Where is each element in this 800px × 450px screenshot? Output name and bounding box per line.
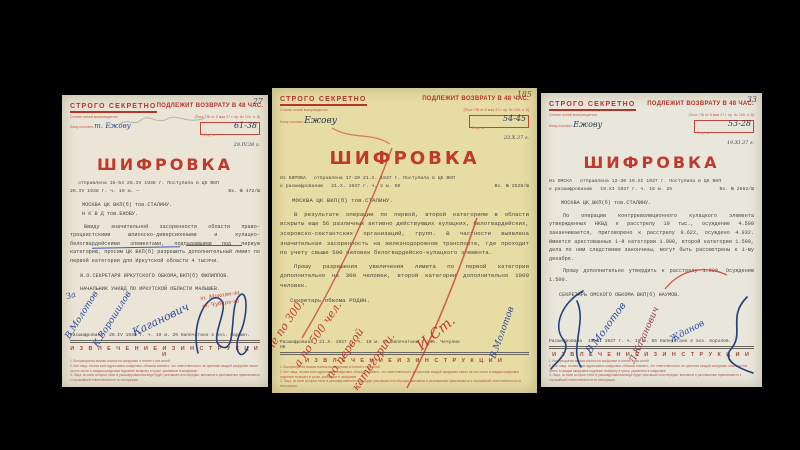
instruction-line: 2. Все лица, на имя коих адресованы шифр… xyxy=(280,370,529,380)
sent-to-handwriting: Ежову xyxy=(573,120,602,129)
sent-to-handwriting: Ежову xyxy=(304,116,337,126)
divider-rule xyxy=(549,346,754,349)
sent-line: отправлена 12-30 19.XI 1937 г. Поступила… xyxy=(580,178,721,186)
return-notice-label: ПОДЛЕЖИТ ВОЗВРАТУ В 48 ЧАС. xyxy=(157,103,264,109)
instruction-line: 2. Все лица, на имя коих адресованы шифр… xyxy=(549,364,754,374)
stamp-number-handwriting: 61-38 xyxy=(234,121,257,130)
instruction-header: И З В Л Е Ч Е Н И Е И З И Н С Т Р У К Ц … xyxy=(280,358,529,364)
top-secret-label: СТРОГО СЕКРЕТНО xyxy=(549,101,636,111)
registration-number: Вх. № 2520/Ш xyxy=(494,183,529,191)
decipher-line: 21.X. 1937 г. ч. 2 м. 50 xyxy=(331,183,400,191)
footer-note: НК xyxy=(280,345,286,350)
page-number: 185 xyxy=(517,90,532,99)
top-secret-label: СТРОГО СЕКРЕТНО xyxy=(70,103,157,113)
body-paragraph: В результате операции по первой, второй … xyxy=(280,210,529,258)
instruction-header: И З В Л Е Ч Е Н И Е И З И Н С Т Р У К Ц … xyxy=(549,352,754,358)
instruction-line: 3. Лица, по вине которых текст в расшифр… xyxy=(70,373,260,383)
header-fields: Снятие копий воспрещается Кому послано Е… xyxy=(549,113,754,146)
instruction-line: 2. Все лица, на имя коих адресованы шифр… xyxy=(70,364,260,374)
body-paragraph: Прошу разрешения увеличения лимита по пе… xyxy=(280,262,529,291)
sent-to-row: Кому послано Ежову xyxy=(549,119,602,132)
sent-to-label: Кому послано xyxy=(549,124,572,128)
decoded-footer-note: НК xyxy=(280,345,529,350)
stamp-number-handwriting: 54-45 xyxy=(503,114,526,123)
divider-rule xyxy=(70,340,260,343)
stamp-date-handwriting: 28.IV.38 г. xyxy=(194,142,260,148)
instruction-line: 3. Лица, по вине которых текст в расшифр… xyxy=(280,379,529,389)
origin: Из КИРОВА xyxy=(280,175,306,183)
right-fields: (Пост. ПБ от 5 мая 27 г. пр. № 100, п. 5… xyxy=(463,108,529,141)
sent-to-row: Кому послано Ежову xyxy=(280,114,337,128)
document-irkutsk: 27 СТРОГО СЕКРЕТНО ПОДЛЕЖИТ ВОЗВРАТУ В 4… xyxy=(62,95,268,387)
registration-stamp: Вход. № 54-45 xyxy=(469,115,529,128)
stamp-label: Вход. № xyxy=(472,126,484,130)
meta-row-decipher: к расшифрованию 21.X. 1937 г. ч. 2 м. 50… xyxy=(280,183,529,191)
meta-row-sent: Из ОМСКА отправлена 12-30 19.XI 1937 г. … xyxy=(549,178,754,186)
stamp-label: Вход. № xyxy=(697,131,709,135)
page-number: 33 xyxy=(747,95,757,104)
document-title: ШИФРОВКА xyxy=(549,153,754,172)
left-fields: Снятие копий воспрещается Кому послано т… xyxy=(70,115,131,148)
registration-number: Вх. № 2662/Ш xyxy=(719,186,754,194)
document-title: ШИФРОВКА xyxy=(280,148,529,169)
decipher-label: к расшифрованию xyxy=(280,183,323,191)
meta-row-decipher: к расшифрованию 19.XI 1937 г. ч. 16 м. 2… xyxy=(549,186,754,194)
page-number: 27 xyxy=(253,97,263,106)
document-kirov-body: СТРОГО СЕКРЕТНО ПОДЛЕЖИТ ВОЗВРАТУ В 48 Ч… xyxy=(272,88,537,393)
meta-row-sent: отправлена 15-54 26.IV 1938 г. Поступила… xyxy=(70,180,260,188)
document-header: СТРОГО СЕКРЕТНО ПОДЛЕЖИТ ВОЗВРАТУ В 48 Ч… xyxy=(549,101,754,111)
decoded-value: 19.XI 1937 г. ч. 16 м. 55 Напечатано 4 э… xyxy=(588,339,731,344)
origin: Из ОМСКА xyxy=(549,178,572,186)
decoded-footer: Расшифрована 26.IV 1938 г. ч. 19 м. 20 Н… xyxy=(70,333,260,338)
right-fields: (Пост. ПБ от 5 мая 27 г. пр. № 100, п. 5… xyxy=(194,115,260,148)
return-notice-label: ПОДЛЕЖИТ ВОЗВРАТУ В 48 ЧАС. xyxy=(422,96,529,102)
instruction-text: 1. Воспрещается всякая ссылка на шифровк… xyxy=(549,359,754,383)
return-notice-label: ПОДЛЕЖИТ ВОЗВРАТУ В 48 ЧАС. xyxy=(647,101,754,107)
decoded-label: Расшифрована xyxy=(70,333,103,338)
document-omsk-body: СТРОГО СЕКРЕТНО ПОДЛЕЖИТ ВОЗВРАТУ В 48 Ч… xyxy=(541,93,762,387)
address-line: МОСКВА ЦК ВКП(б) тов.СТАЛИНУ. xyxy=(561,199,754,208)
stamp-label: Вход. № xyxy=(203,133,215,137)
decipher-line: 26.IV 1938 г. ч. 19 м. — xyxy=(70,188,139,196)
decoded-label: Расшифрована xyxy=(549,339,582,344)
header-fields: Снятие копий воспрещается Кому послано Е… xyxy=(280,108,529,141)
meta-block: отправлена 15-54 26.IV 1938 г. Поступила… xyxy=(70,180,260,196)
address-line: Н К В Д тов.ЕЖОВУ. xyxy=(82,210,260,219)
right-fields: (Пост. ПБ от 5 мая 27 г. пр. № 100, п. 5… xyxy=(688,113,754,146)
stamp-date-handwriting: 23.X.37 г. xyxy=(463,135,529,141)
signature-line: И.О.СЕКРЕТАРЯ ИРКУТСКОГО ОБКОМА,ВКП(б) Ф… xyxy=(80,273,260,279)
header-fields: Снятие копий воспрещается Кому послано т… xyxy=(70,115,260,148)
meta-row-sent: Из КИРОВА отправлена 17-20 21.X. 1937 г.… xyxy=(280,175,529,183)
document-irkutsk-body: СТРОГО СЕКРЕТНО ПОДЛЕЖИТ ВОЗВРАТУ В 48 Ч… xyxy=(62,95,268,387)
address-block: МОСКВА ЦК ВКП(б) тов.СТАЛИНУ. xyxy=(292,196,529,206)
registration-stamp: Вход. № 61-38 xyxy=(200,122,260,135)
body-paragraph: По операции контрреволюционного кулацког… xyxy=(549,212,754,263)
meta-row-decipher: 26.IV 1938 г. ч. 19 м. — Вх. № 472/Ш xyxy=(70,188,260,196)
instruction-line: 3. Лица, по вине которых текст в расшифр… xyxy=(549,373,754,383)
copies-note: Снятие копий воспрещается xyxy=(549,113,602,119)
top-secret-label: СТРОГО СЕКРЕТНО xyxy=(280,96,367,106)
decoded-footer: Расшифрована 19.XI 1937 г. ч. 16 м. 55 Н… xyxy=(549,339,754,344)
document-header: СТРОГО СЕКРЕТНО ПОДЛЕЖИТ ВОЗВРАТУ В 48 Ч… xyxy=(280,96,529,106)
address-block: МОСКВА ЦК ВКП(б) тов.СТАЛИНУ. xyxy=(561,199,754,208)
instruction-text: 1. Воспрещается всякая ссылка на шифровк… xyxy=(70,359,260,383)
sent-to-label: Кому послано xyxy=(280,120,303,124)
handwriting-zone xyxy=(549,298,754,340)
registration-number: Вх. № 472/Ш xyxy=(228,188,260,196)
instruction-text: 1. Воспрещается всякая ссылка на шифровк… xyxy=(280,365,529,389)
sent-to-label: Кому послано xyxy=(70,125,93,129)
sent-to-handwriting: т. Ежову xyxy=(94,122,131,130)
left-fields: Снятие копий воспрещается Кому послано Е… xyxy=(280,108,337,141)
address-line: МОСКВА ЦК ВКП(б) тов.СТАЛИНУ. xyxy=(292,196,529,206)
body-paragraph: Прошу дополнительно утвердить к расстрел… xyxy=(549,267,754,284)
document-omsk: 33 СТРОГО СЕКРЕТНО ПОДЛЕЖИТ ВОЗВРАТУ В 4… xyxy=(541,93,762,387)
stamp-date-handwriting: 19.XI.37 г. xyxy=(688,140,754,146)
decipher-line: 19.XI 1937 г. ч. 16 м. 25 xyxy=(600,186,672,194)
document-title: ШИФРОВКА xyxy=(70,155,260,174)
sent-line: отправлена 17-20 21.X. 1937 г. Поступила… xyxy=(314,175,455,183)
signature-line: Секретарь обкома РОДИН. xyxy=(290,297,529,304)
address-line: МОСКВА ЦК ВКП(б) тов.СТАЛИНУ. xyxy=(82,201,260,210)
sent-line: отправлена 15-54 26.IV 1938 г. Поступила… xyxy=(78,180,219,188)
meta-block: Из ОМСКА отправлена 12-30 19.XI 1937 г. … xyxy=(549,178,754,194)
decoded-value: 26.IV 1938 г. ч. 19 м. 20 Напечатано 4 э… xyxy=(109,333,250,338)
address-block: МОСКВА ЦК ВКП(б) тов.СТАЛИНУ. Н К В Д то… xyxy=(82,201,260,219)
document-header: СТРОГО СЕКРЕТНО ПОДЛЕЖИТ ВОЗВРАТУ В 48 Ч… xyxy=(70,103,260,113)
instruction-header: И З В Л Е Ч Е Н И Е И З И Н С Т Р У К Ц … xyxy=(70,346,260,358)
left-fields: Снятие копий воспрещается Кому послано Е… xyxy=(549,113,602,146)
handwriting-zone xyxy=(70,292,260,333)
divider-rule xyxy=(280,352,529,355)
sent-to-row: Кому послано т. Ежову xyxy=(70,121,131,132)
body-paragraph: Ввиду значительной засоренности области … xyxy=(70,223,260,266)
stamp-number-handwriting: 53-28 xyxy=(728,119,751,128)
handwriting-zone xyxy=(280,304,529,340)
decipher-label: к расшифрованию xyxy=(549,186,592,194)
slide-background: 27 СТРОГО СЕКРЕТНО ПОДЛЕЖИТ ВОЗВРАТУ В 4… xyxy=(0,0,800,450)
document-kirov: 185 СТРОГО СЕКРЕТНО ПОДЛЕЖИТ ВОЗВРАТУ В … xyxy=(272,88,537,393)
meta-block: Из КИРОВА отправлена 17-20 21.X. 1937 г.… xyxy=(280,175,529,191)
registration-stamp: Вход. № 53-28 xyxy=(694,120,754,133)
